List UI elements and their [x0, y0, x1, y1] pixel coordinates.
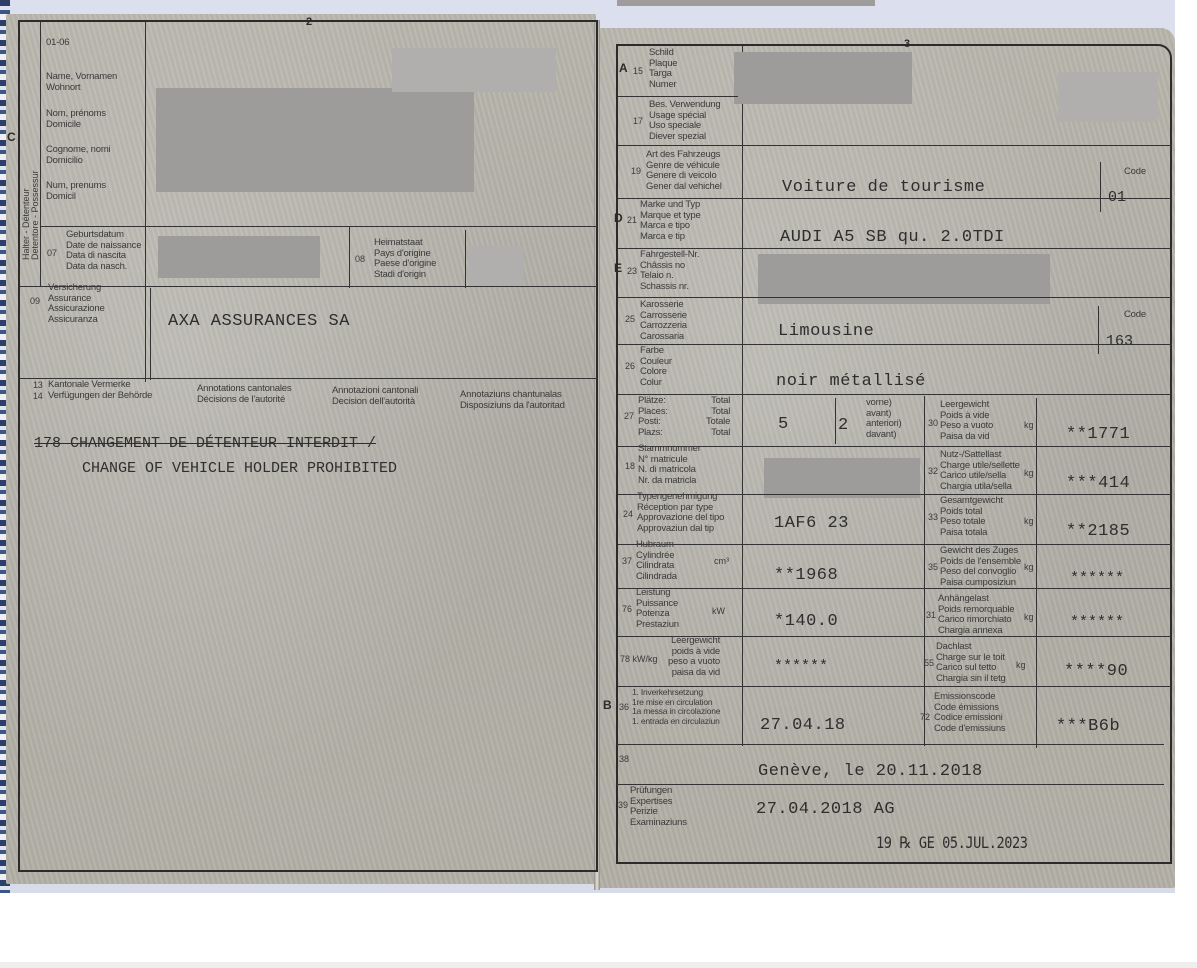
- section-letter-c: C: [7, 130, 16, 144]
- insurance-labels: Versicherung Assurance Assicurazione Ass…: [48, 283, 105, 325]
- plate-redacted: [734, 52, 912, 104]
- chassis-code: 23: [627, 266, 637, 276]
- payload-labels: Nutz-/Sattellast Charge utile/sellette C…: [940, 450, 1020, 492]
- combination-weight-code: 35: [928, 562, 938, 572]
- total-weight-unit: kg: [1024, 516, 1034, 526]
- total-weight-value: **2185: [1066, 522, 1130, 541]
- power-weight-labels: Leergewicht poids à vide peso a vuoto pa…: [668, 636, 720, 678]
- divider: [924, 396, 925, 746]
- divider: [40, 22, 41, 286]
- divider: [835, 398, 836, 444]
- divider: [618, 297, 1172, 298]
- section-letter-e: E: [614, 261, 622, 275]
- roof-load-unit: kg: [1016, 660, 1026, 670]
- divider: [618, 588, 1172, 589]
- plate-code: 15: [633, 66, 643, 76]
- annotations-header-de: Kantonale Vermerke Verfügungen der Behör…: [48, 380, 152, 401]
- power-code: 76: [622, 604, 632, 614]
- color-code: 26: [625, 361, 635, 371]
- trailer-load-value: ******: [1070, 614, 1124, 631]
- matriculation-labels: Stammnummer N° matricule N. di matricola…: [638, 444, 701, 486]
- type-approval-value: 1AF6 23: [774, 514, 849, 533]
- vehicle-type-value: Voiture de tourisme: [782, 178, 985, 197]
- body-code-label: Code: [1124, 310, 1146, 321]
- divider: [618, 344, 1172, 345]
- annotations-header-fr: Annotations cantonales Décisions de l'au…: [197, 384, 291, 405]
- empty-weight-code: 30: [928, 418, 938, 428]
- annotations-header-rm: Annotaziuns chantunalas Disposiziuns da …: [460, 390, 565, 411]
- insurance-code: 09: [30, 296, 40, 306]
- displacement-code: 37: [622, 556, 632, 566]
- body-code: 25: [625, 314, 635, 324]
- first-registration-value: 27.04.18: [760, 716, 846, 735]
- divider: [40, 226, 598, 227]
- combination-weight-unit: kg: [1024, 562, 1034, 572]
- roof-load-labels: Dachlast Charge sur le toit Carico sul t…: [936, 642, 1006, 684]
- body-labels: Karosserie Carrosserie Carrozzeria Caros…: [640, 300, 687, 342]
- holder-name-redacted: [156, 88, 474, 192]
- divider: [465, 230, 466, 288]
- power-labels: Leistung Puissance Potenza Prestaziun: [636, 588, 679, 630]
- divider: [150, 288, 151, 380]
- vehicle-type-labels: Art des Fahrzeugs Genre de véhicule Gene…: [646, 150, 722, 192]
- chassis-labels: Fahrgestell-Nr. Châssis no Telaio n. Sch…: [640, 250, 699, 292]
- payload-unit: kg: [1024, 468, 1034, 478]
- power-value: *140.0: [774, 612, 838, 631]
- color-labels: Farbe Couleur Colore Colur: [640, 346, 672, 388]
- birthdate-code: 07: [47, 248, 57, 258]
- annotation-text-1: 178 CHANGEMENT DE DÉTENTEUR INTERDIT /: [34, 435, 376, 452]
- inspections-labels: Prüfungen Expertises Perizie Examinaziun…: [630, 786, 687, 828]
- combination-weight-labels: Gewicht des Zuges Poids de l'ensemble Pe…: [940, 546, 1021, 588]
- field-01-06-code: 01-06: [46, 38, 69, 49]
- holder-label-it: Cognome, nomi Domicilio: [46, 145, 110, 166]
- first-registration-labels: 1. Inverkehrsetzung 1re mise en circulat…: [632, 688, 720, 726]
- divider: [20, 286, 598, 287]
- birthdate-labels: Geburtsdatum Date de naissance Data di n…: [66, 230, 141, 272]
- type-approval-code: 24: [623, 509, 633, 519]
- seats-front-labels: vorne) avant) anteriori) davant): [866, 398, 902, 440]
- inspection-stamp: 19 ℞ GE 05.JUL.2023: [876, 833, 1027, 852]
- body-value: Limousine: [778, 322, 874, 341]
- total-weight-code: 33: [928, 512, 938, 522]
- type-approval-labels: Typengenehmigung Réception par type Appr…: [637, 492, 724, 534]
- trailer-load-code: 31: [926, 610, 936, 620]
- seats-total-value: 5: [778, 415, 789, 434]
- roof-load-code: 55: [924, 658, 934, 668]
- roof-load-value: ****90: [1064, 662, 1128, 681]
- body-code-value: 163: [1106, 333, 1133, 350]
- divider: [349, 226, 350, 288]
- divider: [618, 96, 738, 97]
- first-registration-code: 36: [619, 702, 629, 712]
- power-weight-value: ******: [774, 658, 828, 675]
- special-use-labels: Bes. Verwendung Usage spécial Uso specia…: [649, 100, 720, 142]
- birthdate-redacted: [158, 236, 320, 278]
- empty-weight-unit: kg: [1024, 420, 1034, 430]
- seats-labels: Plätze: Places: Posti: Plazs:: [638, 396, 668, 438]
- holder-label-fr: Nom, prénoms Domicile: [46, 109, 106, 130]
- divider: [618, 394, 1172, 395]
- divider: [618, 544, 1172, 545]
- make-model-code: 21: [627, 215, 637, 225]
- make-model-labels: Marke und Typ Marque et type Marca e tip…: [640, 200, 701, 242]
- divider: [616, 784, 1164, 785]
- emissions-value: ***B6b: [1056, 717, 1120, 736]
- power-unit: kW: [712, 606, 725, 616]
- empty-weight-value: **1771: [1066, 425, 1130, 444]
- matriculation-redacted: [764, 458, 920, 498]
- redaction-bar-top: [617, 0, 875, 6]
- origin-labels: Heimatstaat Pays d'origine Paese d'origi…: [374, 238, 436, 280]
- emissions-code: 72: [920, 712, 930, 722]
- annotation-line-1: 178 CHANGEMENT DE DÉTENTEUR INTERDIT /: [34, 435, 376, 452]
- bottom-bar: [0, 962, 1197, 968]
- special-use-code: 17: [633, 116, 643, 126]
- seats-front-value: 2: [838, 416, 849, 435]
- origin-code: 08: [355, 254, 365, 264]
- matriculation-code: 18: [625, 461, 635, 471]
- holder-label-rm: Num, prenums Domicil: [46, 181, 106, 202]
- vehicle-type-code-label: Code: [1124, 167, 1146, 178]
- divider: [618, 198, 1172, 199]
- divider: [1098, 306, 1099, 354]
- holder-name-redacted-2: [392, 48, 556, 92]
- payload-code: 32: [928, 466, 938, 476]
- divider: [618, 446, 1172, 447]
- divider: [742, 46, 743, 746]
- left-page-number: 2: [306, 16, 312, 28]
- trailer-load-unit: kg: [1024, 612, 1034, 622]
- divider: [616, 744, 1164, 745]
- plate-labels: Schild Plaque Targa Numer: [649, 48, 677, 90]
- emissions-labels: Emissionscode Code émissions Codice emis…: [934, 692, 1005, 734]
- section-letter-d: D: [614, 211, 623, 225]
- annotations-codes: 13 14: [33, 380, 43, 401]
- seats-code: 27: [624, 411, 634, 421]
- origin-redacted: [468, 246, 524, 286]
- power-weight-code: 78 kW/kg: [620, 654, 658, 664]
- combination-weight-value: ******: [1070, 570, 1124, 587]
- divider: [618, 145, 1172, 146]
- insurance-value: AXA ASSURANCES SA: [168, 312, 350, 331]
- inspections-value: 27.04.2018 AG: [756, 800, 895, 819]
- annotations-header-it: Annotazioni cantonali Decision dell'auto…: [332, 386, 418, 407]
- annotation-line-2: CHANGE OF VEHICLE HOLDER PROHIBITED: [82, 460, 397, 477]
- seats-total-labels: Total Total Totale Total: [706, 396, 730, 438]
- total-weight-labels: Gesamtgewicht Poids total Peso totale Pa…: [940, 496, 1003, 538]
- divider: [145, 22, 146, 382]
- color-value: noir métallisé: [776, 372, 926, 391]
- inspections-code: 39: [618, 800, 628, 810]
- right-page-number: 3: [904, 38, 910, 50]
- place-date-code: 38: [619, 754, 629, 764]
- displacement-unit: cm³: [714, 556, 729, 566]
- displacement-value: **1968: [774, 566, 838, 585]
- holder-vertical-label-2: Detentore - Possessur: [30, 60, 40, 260]
- empty-weight-labels: Leergewicht Poids à vide Peso a vuoto Pa…: [940, 400, 993, 442]
- displacement-labels: Hubraum Cylindrée Cilindrata Cilindrada: [636, 540, 677, 582]
- divider: [618, 248, 1172, 249]
- trailer-load-labels: Anhängelast Poids remorquable Carico rim…: [938, 594, 1014, 636]
- holder-label-de: Name, Vornamen Wohnort: [46, 72, 117, 93]
- divider: [1100, 162, 1101, 212]
- place-date-value: Genève, le 20.11.2018: [758, 762, 983, 781]
- divider: [1036, 398, 1037, 748]
- make-model-value: AUDI A5 SB qu. 2.0TDI: [780, 228, 1005, 247]
- section-letter-b: B: [603, 698, 612, 712]
- section-letter-a: A: [619, 61, 628, 75]
- vehicle-type-code: 19: [631, 166, 641, 176]
- payload-value: ***414: [1066, 474, 1130, 493]
- plate-redacted-2: [1058, 72, 1158, 122]
